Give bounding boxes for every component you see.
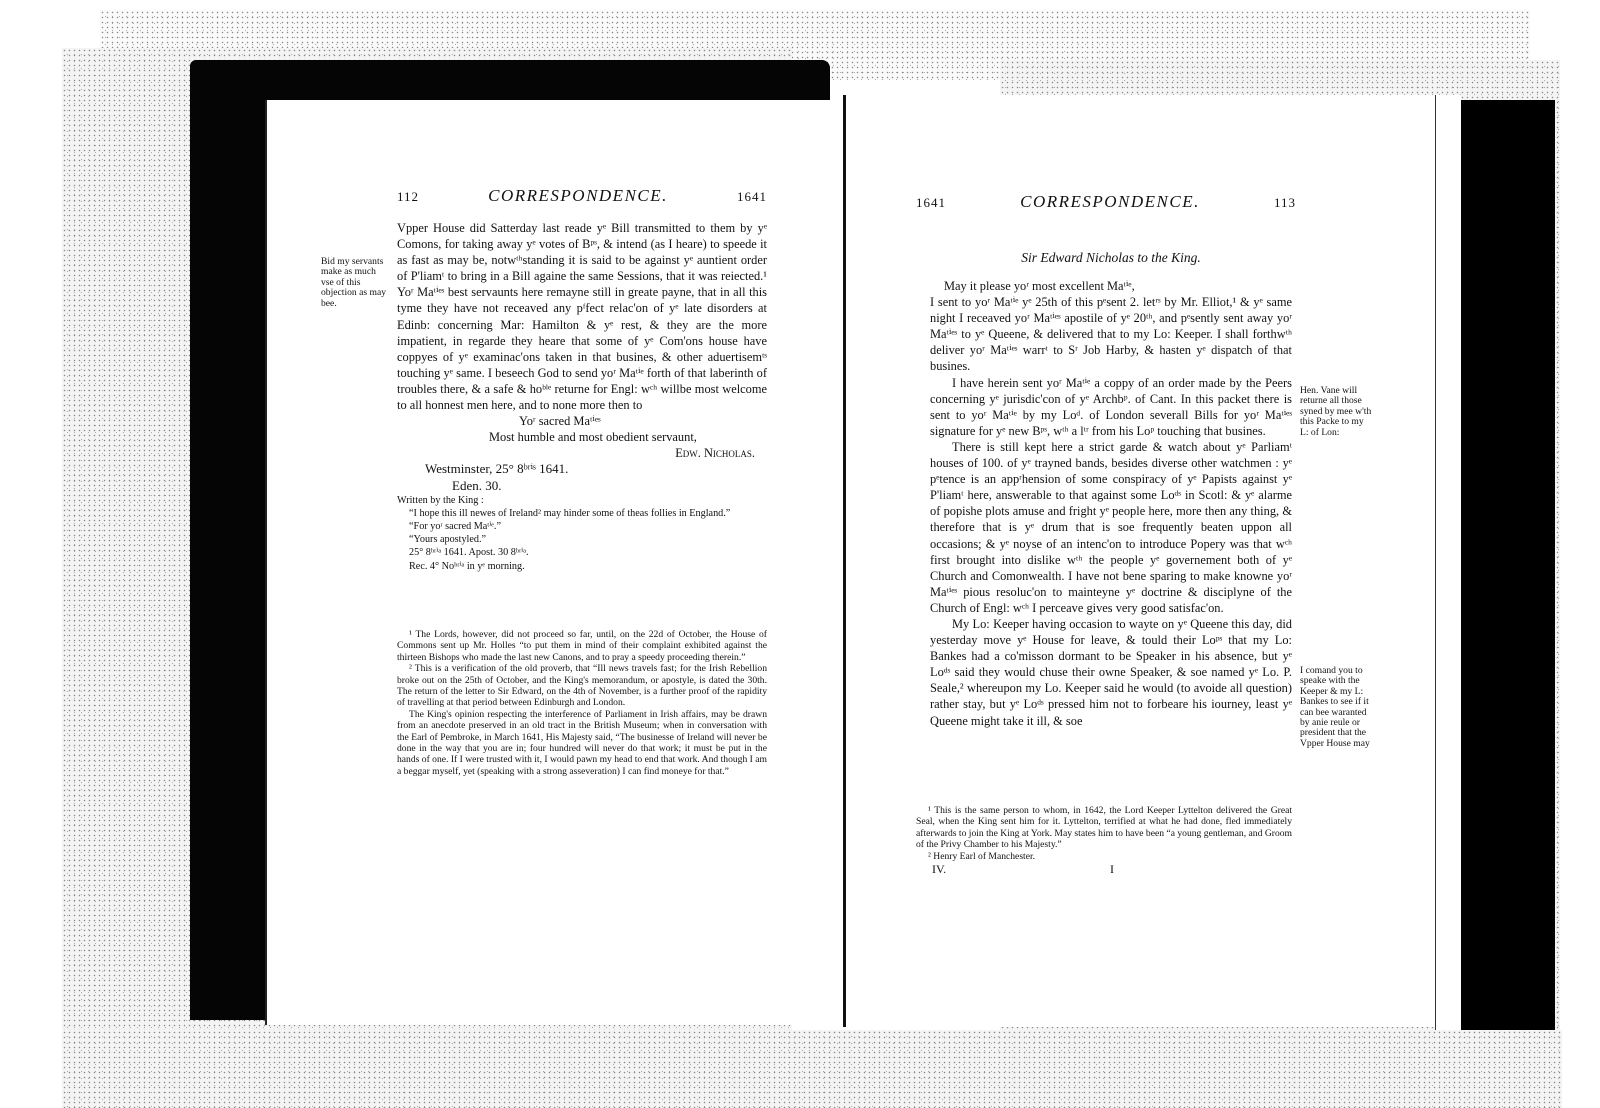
king-note-1: “I hope this ill newes of Ireland² may h…	[397, 507, 767, 520]
footnote-1: ¹ This is the same person to whom, in 16…	[916, 805, 1292, 851]
volume-mark: IV.	[932, 862, 946, 877]
endorsement: Eden. 30.	[397, 478, 767, 494]
left-margin-note: Bid my servants make as much vse of this…	[321, 257, 391, 309]
king-note-4: 25° 8ᵇʳⁱᵃ 1641. Apost. 30 8ᵇʳⁱᵃ.	[397, 546, 767, 559]
right-footnotes: ¹ This is the same person to whom, in 16…	[916, 805, 1292, 862]
left-body: Vpper House did Satterday last reade yᵉ …	[397, 220, 767, 573]
paragraph-4: My Lo: Keeper having occasion to wayte o…	[930, 616, 1292, 729]
footnote-2: ² Henry Earl of Manchester.	[916, 851, 1292, 862]
paragraph-2: I have herein sent yoʳ Maᵗⁱᵉ a coppy of …	[930, 375, 1292, 439]
left-running-head: 112 CORRESPONDENCE. 1641	[397, 186, 767, 206]
left-footnotes: ¹ The Lords, however, did not proceed so…	[397, 629, 767, 777]
binding-shadow-right	[1460, 100, 1555, 1030]
salutation: May it please yoʳ most excellent Maᵗⁱᵉ,	[930, 278, 1292, 294]
king-note-2: “For yoʳ sacred Maᵗⁱᵉ.”	[397, 520, 767, 533]
king-note-3: “Yours apostyled.”	[397, 533, 767, 546]
paragraph-3: There is still kept here a strict garde …	[930, 439, 1292, 616]
footnote-1: ¹ The Lords, however, did not proceed so…	[397, 629, 767, 663]
dateline: Westminster, 25° 8ᵇʳⁱˢ 1641.	[397, 461, 767, 477]
king-note-5: Rec. 4° Noᵇʳⁱᵃ in yᵉ morning.	[397, 560, 767, 573]
left-year: 1641	[737, 189, 767, 205]
right-page-number: 113	[1274, 195, 1296, 211]
king-notes: Written by the King : “I hope this ill n…	[397, 494, 767, 573]
scan-background-bottom	[62, 1030, 1562, 1108]
closing-line-1: Yoʳ sacred Maᵗⁱᵉˢ	[397, 413, 767, 429]
right-margin-note-2: I comand you to speake with the Keeper &…	[1300, 666, 1372, 749]
left-running-title: CORRESPONDENCE.	[488, 186, 668, 206]
right-year: 1641	[916, 195, 946, 211]
footnote-2: ² This is a verification of the old prov…	[397, 663, 767, 709]
right-running-title: CORRESPONDENCE.	[1020, 192, 1200, 212]
left-page-number: 112	[397, 189, 419, 205]
closing-line-2: Most humble and most obedient servaunt,	[397, 429, 767, 445]
right-running-head: 1641 CORRESPONDENCE. 113	[916, 192, 1296, 212]
signature-mark: I	[1110, 862, 1114, 877]
footnote-2-continued: The King's opinion respecting the interf…	[397, 709, 767, 777]
page-stack-edge	[1435, 95, 1461, 1030]
paragraph-1: I sent to yoʳ Maᵗⁱᵉ yᵉ 25th of this pᵉse…	[930, 294, 1292, 374]
signature: Edw. Nicholas.	[397, 445, 767, 461]
letter-body-continued: Vpper House did Satterday last reade yᵉ …	[397, 220, 767, 413]
right-body: May it please yoʳ most excellent Maᵗⁱᵉ, …	[930, 278, 1292, 729]
right-margin-note-1: Hen. Vane will returne all those syned b…	[1300, 386, 1372, 438]
letter-title: Sir Edward Nicholas to the King.	[930, 250, 1292, 266]
king-note-heading: Written by the King :	[397, 494, 767, 507]
binding-shadow-left	[190, 60, 270, 1020]
